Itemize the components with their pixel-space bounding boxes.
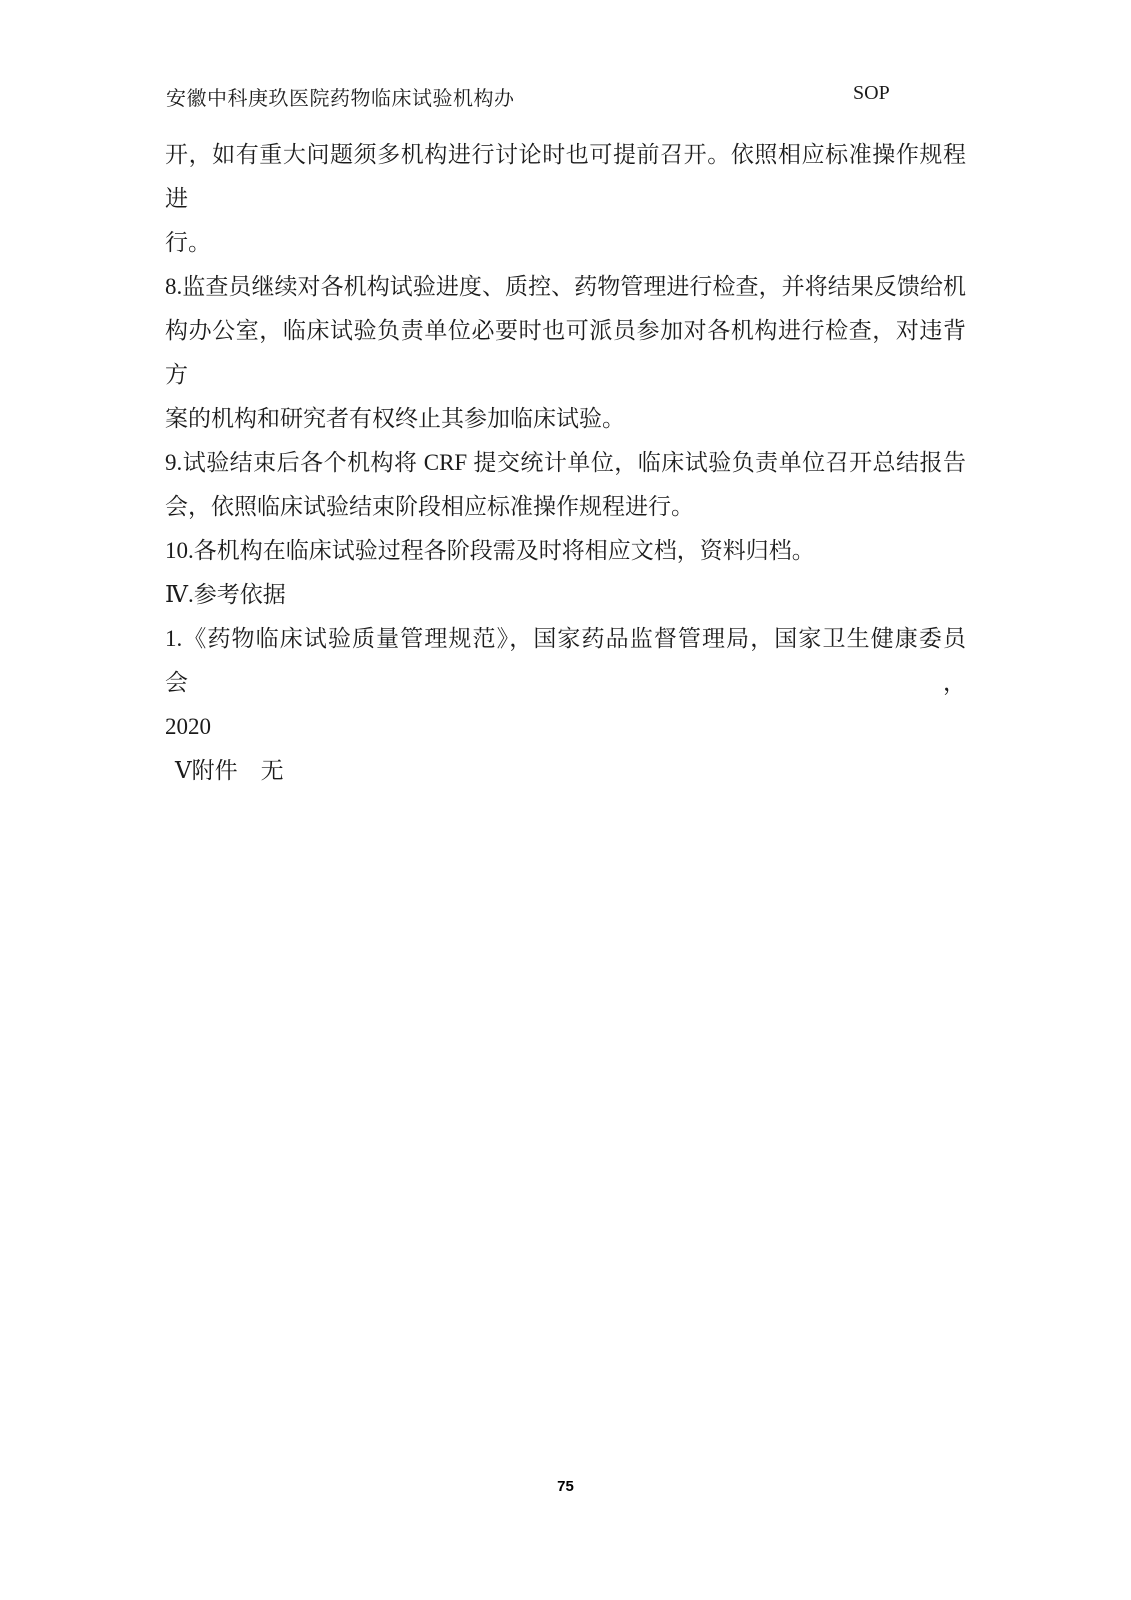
page-number: 75 xyxy=(557,1478,574,1495)
body-line-reference-1-cont: 2020 xyxy=(165,705,966,749)
body-line-item-8: 案的机构和研究者有权终止其参加临床试验。 xyxy=(165,397,966,441)
body-line: 开，如有重大问题须多机构进行讨论时也可提前召开。依照相应标准操作规程进 xyxy=(165,133,966,221)
page-header: 安徽中科庚玖医院药物临床试验机构办 SOP xyxy=(0,82,1131,108)
body-line-item-8: 8.监查员继续对各机构试验进度、质控、药物管理进行检查，并将结果反馈给机 xyxy=(165,265,966,309)
section-heading-attachment: Ⅴ附件 无 xyxy=(165,749,966,793)
document-page: 安徽中科庚玖医院药物临床试验机构办 SOP 开，如有重大问题须多机构进行讨论时也… xyxy=(0,0,1131,1600)
section-heading-references: Ⅳ.参考依据 xyxy=(165,573,966,617)
header-organization-title: 安徽中科庚玖医院药物临床试验机构办 xyxy=(166,82,515,111)
header-doc-type: SOP xyxy=(853,82,890,105)
page-footer: 75 xyxy=(0,1478,1131,1495)
body-line: 行。 xyxy=(165,221,966,265)
body-line-item-10: 10.各机构在临床试验过程各阶段需及时将相应文档，资料归档。 xyxy=(165,529,966,573)
body-line-reference-1: 1.《药物临床试验质量管理规范》，国家药品监督管理局，国家卫生健康委员会， xyxy=(165,617,966,705)
document-body: 开，如有重大问题须多机构进行讨论时也可提前召开。依照相应标准操作规程进 行。 8… xyxy=(165,133,966,793)
body-line-item-8: 构办公室，临床试验负责单位必要时也可派员参加对各机构进行检查，对违背方 xyxy=(165,309,966,397)
body-line-item-9: 9.试验结束后各个机构将 CRF 提交统计单位，临床试验负责单位召开总结报告 xyxy=(165,441,966,485)
body-line-item-9: 会，依照临床试验结束阶段相应标准操作规程进行。 xyxy=(165,485,966,529)
